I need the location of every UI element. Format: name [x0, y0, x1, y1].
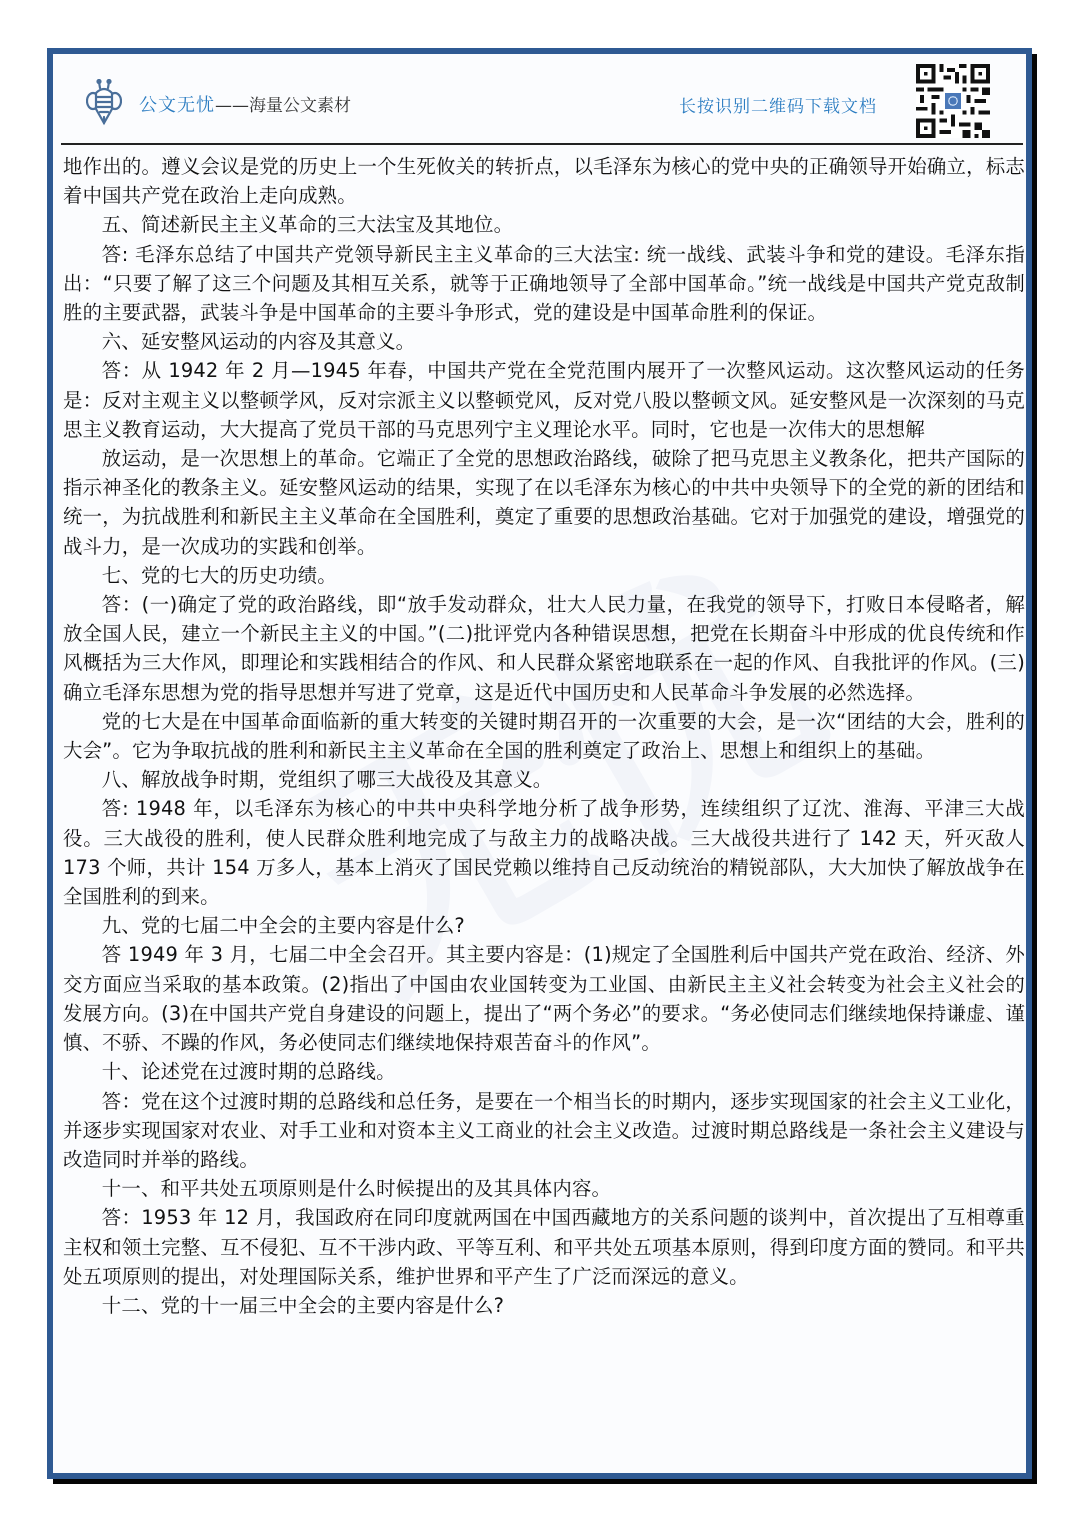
qr-code-icon[interactable]: [915, 64, 991, 138]
paragraph: 放运动，是一次思想上的革命。它端正了全党的思想政治路线，破除了把马克思主义教条化…: [63, 444, 1025, 561]
paragraph: 答 1949 年 3 月，七届二中全会召开。其主要内容是：(1)规定了全国胜利后…: [63, 940, 1025, 1057]
paragraph: 党的七大是在中国革命面临新的重大转变的关键时期召开的一次重要的大会，是一次“团结…: [63, 707, 1025, 765]
brand-title: 公文无忧——海量公文素材: [139, 91, 351, 117]
document-body: 地作出的。遵义会议是党的历史上一个生死攸关的转折点，以毛泽东为核心的党中央的正确…: [63, 152, 1025, 1320]
section-heading: 十、论述党在过渡时期的总路线。: [63, 1057, 1025, 1086]
section-heading: 十一、和平共处五项原则是什么时候提出的及其具体内容。: [63, 1174, 1025, 1203]
header-divider: [61, 143, 1023, 145]
section-heading: 十二、党的十一届三中全会的主要内容是什么?: [63, 1291, 1025, 1320]
paragraph: 答：党在这个过渡时期的总路线和总任务，是要在一个相当长的时期内，逐步实现国家的社…: [63, 1087, 1025, 1175]
section-heading: 七、党的七大的历史功绩。: [63, 561, 1025, 590]
paragraph: 地作出的。遵义会议是党的历史上一个生死攸关的转折点，以毛泽东为核心的党中央的正确…: [63, 152, 1025, 210]
paragraph: 答：1953 年 12 月，我国政府在同印度就两国在中国西藏地方的关系问题的谈判…: [63, 1203, 1025, 1291]
brand-name: 公文无忧: [139, 95, 215, 116]
bee-icon: [86, 79, 122, 127]
qr-hint: 长按识别二维码下载文档: [679, 92, 877, 117]
paragraph: 答：(一)确定了党的政治路线，即“放手发动群众，壮大人民力量，在我党的领导下，打…: [63, 590, 1025, 707]
paragraph: 答: 1948 年，以毛泽东为核心的中共中央科学地分析了战争形势，连续组织了辽沈…: [63, 794, 1025, 911]
section-heading: 五、简述新民主主义革命的三大法宝及其地位。: [63, 210, 1025, 239]
section-heading: 八、解放战争时期，党组织了哪三大战役及其意义。: [63, 765, 1025, 794]
document-frame: 公文无忧——海量公文素材 长按识别二维码下载文档: [47, 48, 1032, 1479]
brand-tagline: ——海量公文素材: [215, 96, 351, 116]
page-header: 公文无忧——海量公文素材 长按识别二维码下载文档: [53, 54, 1026, 149]
section-heading: 九、党的七届二中全会的主要内容是什么?: [63, 911, 1025, 940]
paragraph: 答：从 1942 年 2 月—1945 年春，中国共产党在全党范围内展开了一次整…: [63, 356, 1025, 444]
section-heading: 六、延安整风运动的内容及其意义。: [63, 327, 1025, 356]
paragraph: 答: 毛泽东总结了中国共产党领导新民主主义革命的三大法宝: 统一战线、武装斗争和…: [63, 240, 1025, 328]
